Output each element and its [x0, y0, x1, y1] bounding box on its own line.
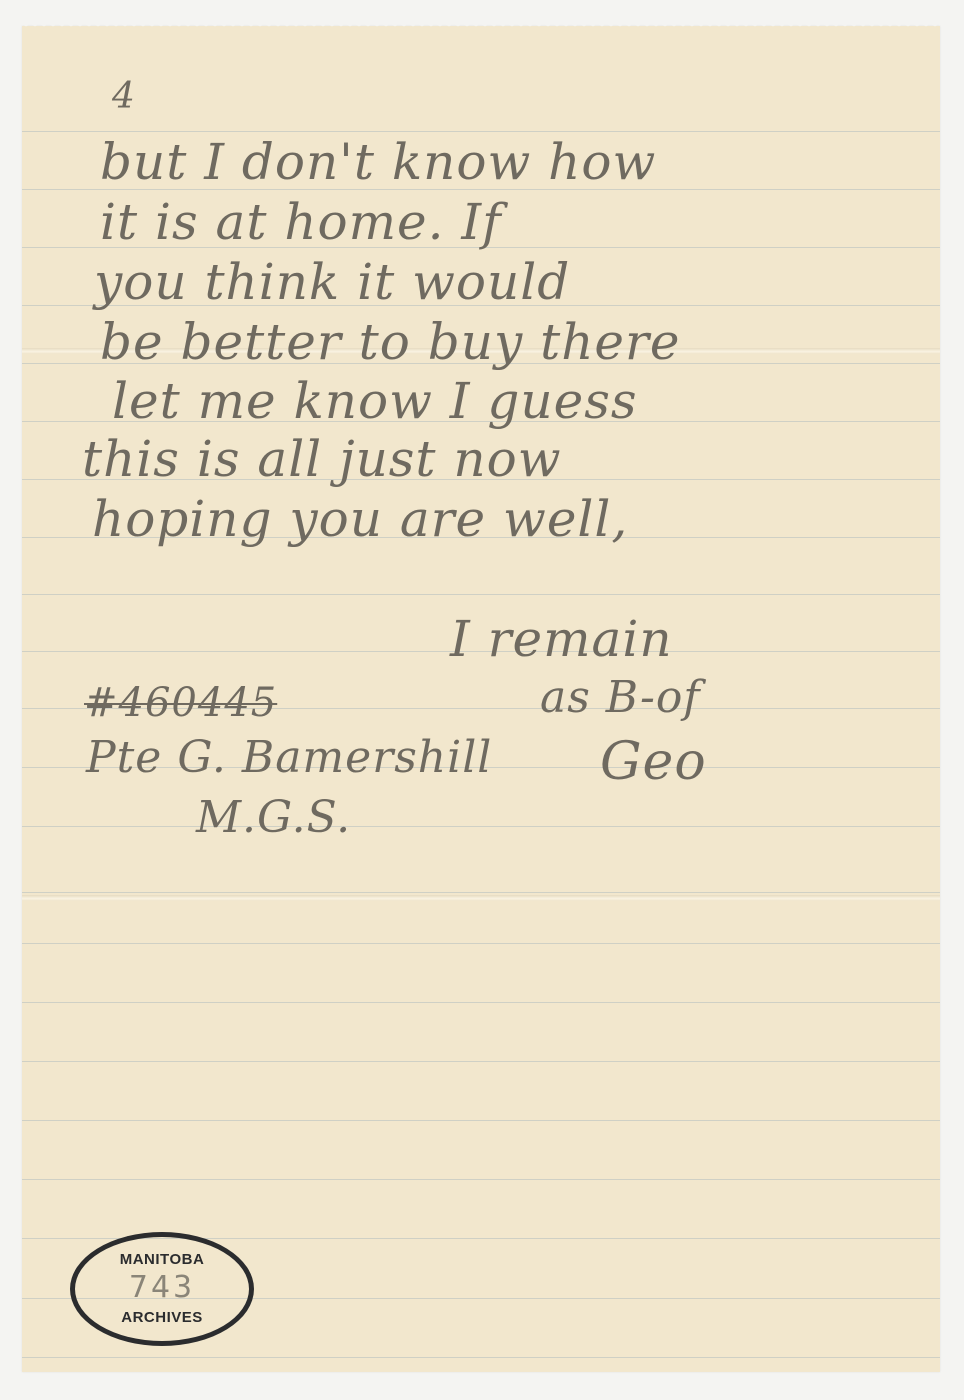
rule-line [22, 943, 940, 944]
rule-line [22, 1061, 940, 1062]
letter-line: let me know I guess [112, 372, 638, 430]
perforated-edge [22, 24, 940, 29]
letter-line: but I don't know how [100, 133, 656, 191]
rule-line [22, 131, 940, 132]
stamp-label-bottom: ARCHIVES [75, 1309, 249, 1326]
sender-unit: M.G.S. [196, 792, 351, 843]
rule-line [22, 1179, 940, 1180]
rule-line [22, 1120, 940, 1121]
letter-line: be better to buy there [100, 313, 680, 371]
closing-line: as B-of [540, 672, 701, 723]
signature: Geo [600, 732, 707, 792]
letter-line: this is all just now [82, 430, 562, 488]
service-number: #460445 [84, 680, 277, 726]
page-number: 4 [112, 76, 136, 117]
rule-line [22, 892, 940, 893]
paper-fold [22, 895, 940, 901]
letter-line: it is at home. If [100, 193, 502, 251]
rule-line [22, 594, 940, 595]
rule-line [22, 1002, 940, 1003]
stamp-number: 743 [75, 1270, 249, 1305]
letter-line: you think it would [94, 253, 570, 311]
closing-line: I remain [450, 610, 673, 668]
letter-line: hoping you are well, [92, 490, 628, 548]
rule-line [22, 1357, 940, 1358]
archives-stamp: MANITOBA 743 ARCHIVES [70, 1232, 254, 1346]
rule-line [22, 826, 940, 827]
stamp-label-top: MANITOBA [75, 1251, 249, 1268]
sender-name: Pte G. Bamershill [86, 732, 492, 783]
